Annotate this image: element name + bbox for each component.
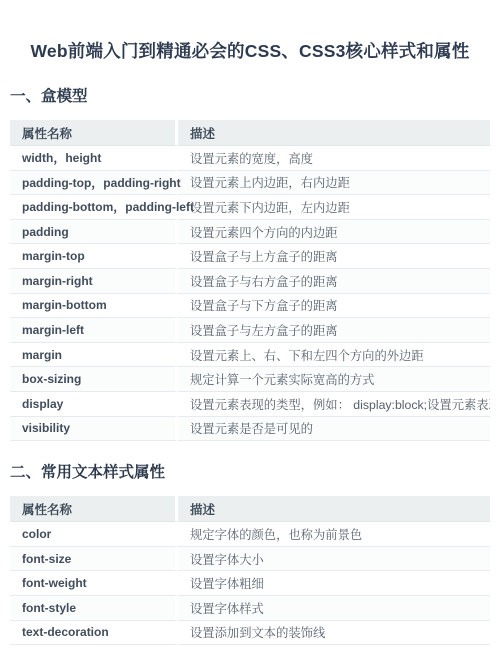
table-row: width，height设置元素的宽度，高度: [10, 146, 490, 171]
table-row: text-decoration设置添加到文本的装饰线: [10, 621, 490, 646]
property-description-cell: 设置盒子与上方盒子的距离: [178, 244, 490, 269]
page: Web前端入门到精通必会的CSS、CSS3核心样式和属性 一、盒模型 属性名称 …: [0, 0, 500, 651]
table-row: color规定字体的颜色，也称为前景色: [10, 522, 490, 547]
table-row: box-sizing规定计算一个元素实际宽高的方式: [10, 367, 490, 392]
property-name-cell: margin-top: [10, 244, 178, 269]
text-style-table: 属性名称 描述 color规定字体的颜色，也称为前景色font-size设置字体…: [10, 496, 490, 645]
table-row: padding-bottom，padding-left设置元素下内边距，左内边距: [10, 195, 490, 220]
table-row: margin-bottom设置盒子与下方盒子的距离: [10, 294, 490, 319]
property-description-cell: 设置字体大小: [178, 547, 490, 572]
section-heading-text-style: 二、常用文本样式属性: [10, 462, 490, 483]
property-description-cell: 设置元素上、右、下和左四个方向的外边距: [178, 343, 490, 368]
column-header-property-name: 属性名称: [10, 496, 178, 522]
page-title: Web前端入门到精通必会的CSS、CSS3核心样式和属性: [0, 0, 500, 65]
table-body: width，height设置元素的宽度，高度padding-top，paddin…: [10, 146, 490, 441]
property-name-cell: margin-right: [10, 269, 178, 294]
property-description-cell: 规定计算一个元素实际宽高的方式: [178, 367, 490, 392]
column-header-description: 描述: [178, 496, 490, 522]
property-name-cell: display: [10, 392, 178, 417]
table-row: margin-left设置盒子与左方盒子的距离: [10, 318, 490, 343]
property-name-cell: box-sizing: [10, 367, 178, 392]
table-header-row: 属性名称 描述: [10, 120, 490, 146]
property-description-cell: 设置元素四个方向的内边距: [178, 220, 490, 245]
property-description-cell: 设置元素表现的类型，例如： display:block;设置元素表现为块元素: [178, 392, 490, 417]
property-description-cell: 设置字体样式: [178, 596, 490, 621]
table-header-row: 属性名称 描述: [10, 496, 490, 522]
property-description-cell: 设置元素是否是可见的: [178, 417, 490, 442]
property-name-cell: padding-top，padding-right: [10, 171, 178, 196]
property-name-cell: font-style: [10, 596, 178, 621]
section-heading-box-model: 一、盒模型: [10, 86, 490, 107]
property-name-cell: text-decoration: [10, 621, 178, 646]
property-name-cell: margin-left: [10, 318, 178, 343]
property-description-cell: 设置字体粗细: [178, 571, 490, 596]
property-name-cell: visibility: [10, 417, 178, 442]
property-name-cell: padding-bottom，padding-left: [10, 195, 178, 220]
table-row: padding设置元素四个方向的内边距: [10, 220, 490, 245]
property-name-cell: margin: [10, 343, 178, 368]
property-name-cell: padding: [10, 220, 178, 245]
table-row: font-style设置字体样式: [10, 596, 490, 621]
table-row: font-weight设置字体粗细: [10, 571, 490, 596]
box-model-table: 属性名称 描述 width，height设置元素的宽度，高度padding-to…: [10, 120, 490, 441]
property-name-cell: font-size: [10, 547, 178, 572]
column-header-description: 描述: [178, 120, 490, 146]
property-name-cell: color: [10, 522, 178, 547]
property-description-cell: 设置盒子与左方盒子的距离: [178, 318, 490, 343]
table-row: visibility设置元素是否是可见的: [10, 417, 490, 442]
section-text-style: 二、常用文本样式属性 属性名称 描述 color规定字体的颜色，也称为前景色fo…: [0, 462, 500, 645]
property-description-cell: 设置元素上内边距，右内边距: [178, 171, 490, 196]
property-description-cell: 设置添加到文本的装饰线: [178, 621, 490, 646]
property-description-cell: 设置元素的宽度，高度: [178, 146, 490, 171]
section-box-model: 一、盒模型 属性名称 描述 width，height设置元素的宽度，高度padd…: [0, 86, 500, 441]
property-name-cell: font-weight: [10, 571, 178, 596]
property-name-cell: width，height: [10, 146, 178, 171]
property-name-cell: margin-bottom: [10, 294, 178, 319]
table-row: display设置元素表现的类型，例如： display:block;设置元素表…: [10, 392, 490, 417]
property-description-cell: 设置盒子与右方盒子的距离: [178, 269, 490, 294]
table-row: font-size设置字体大小: [10, 547, 490, 572]
column-header-property-name: 属性名称: [10, 120, 178, 146]
property-description-cell: 设置盒子与下方盒子的距离: [178, 294, 490, 319]
table-row: margin设置元素上、右、下和左四个方向的外边距: [10, 343, 490, 368]
table-row: margin-top设置盒子与上方盒子的距离: [10, 244, 490, 269]
property-description-cell: 设置元素下内边距，左内边距: [178, 195, 490, 220]
table-row: margin-right设置盒子与右方盒子的距离: [10, 269, 490, 294]
property-description-cell: 规定字体的颜色，也称为前景色: [178, 522, 490, 547]
table-row: padding-top，padding-right设置元素上内边距，右内边距: [10, 171, 490, 196]
table-body: color规定字体的颜色，也称为前景色font-size设置字体大小font-w…: [10, 522, 490, 645]
